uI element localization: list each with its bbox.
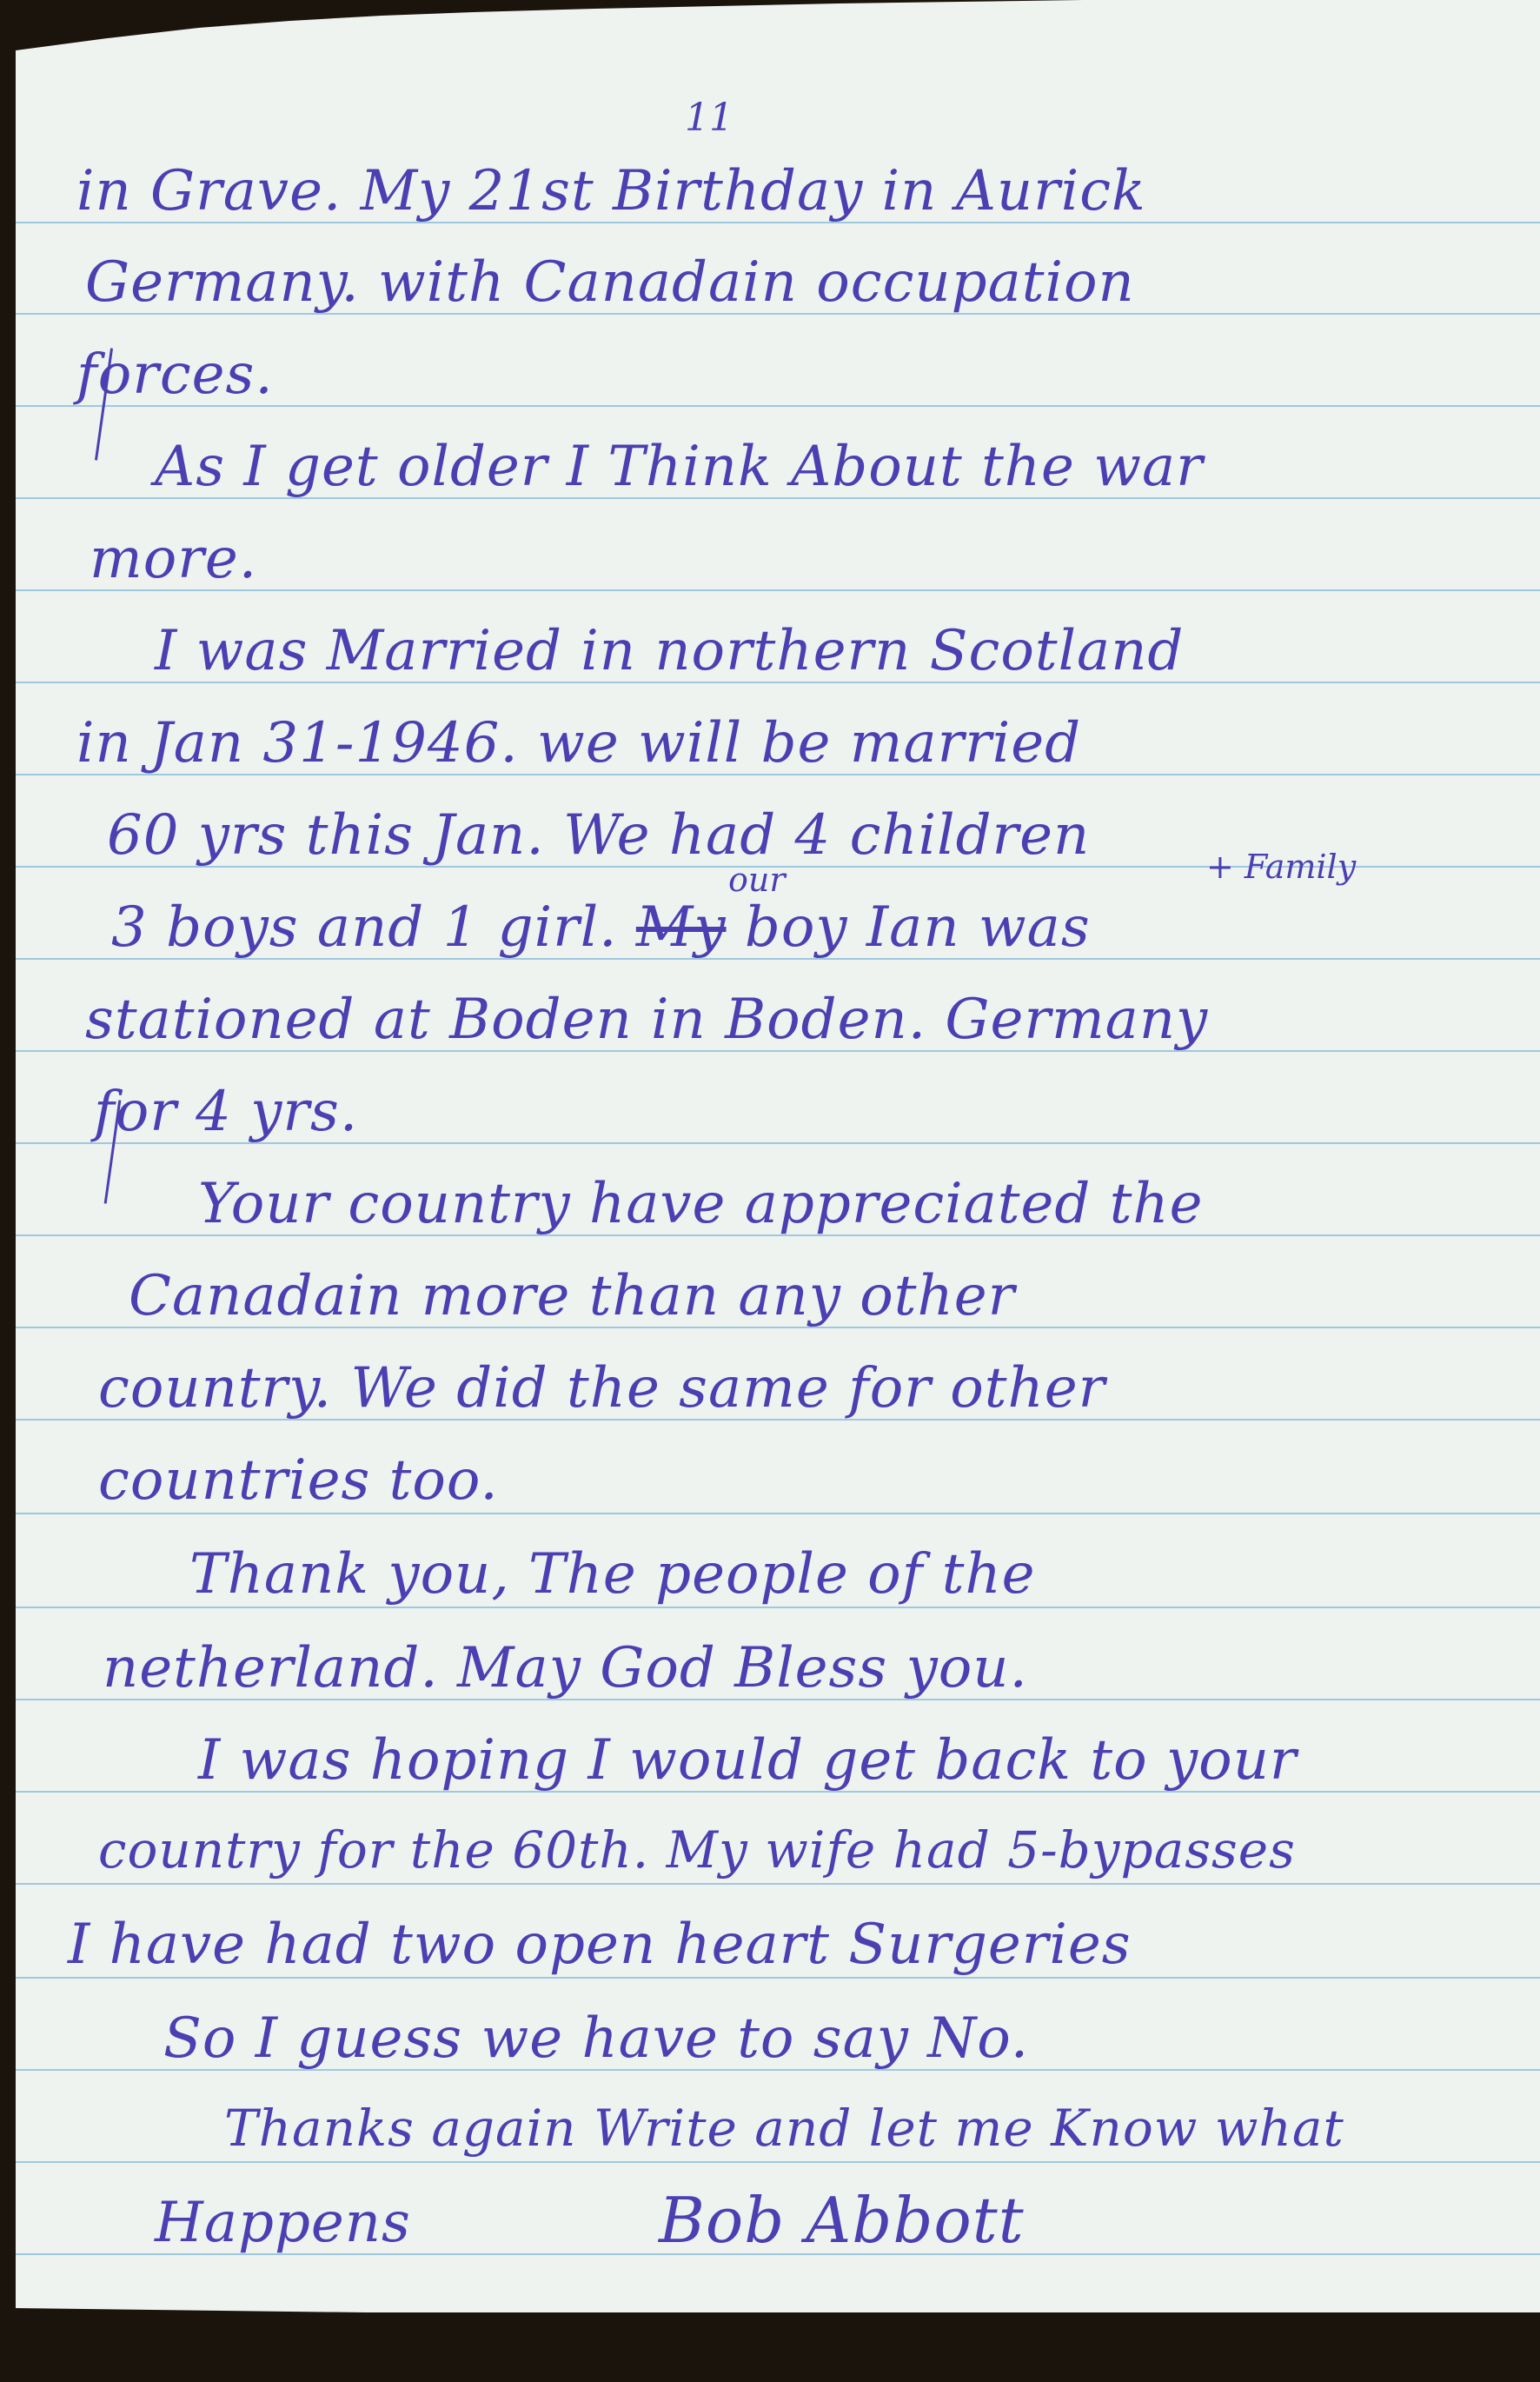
- signature: Bob Abbott: [659, 2184, 1025, 2257]
- struck-word: My: [636, 895, 727, 960]
- ruled-line: [16, 1607, 1540, 1608]
- letter-line-12: Your country have appreciated the: [198, 1172, 1204, 1236]
- letter-line-22: Thanks again Write and let me Know what: [224, 2099, 1344, 2158]
- letter-line-20: I have had two open heart Surgeries: [68, 1913, 1132, 1977]
- ruled-line: [16, 1883, 1540, 1885]
- letter-line-17: netherland. May God Bless you.: [103, 1636, 1028, 1700]
- letter-line-3: forces.: [76, 343, 274, 407]
- letter-line-13: Canadain more than any other: [129, 1264, 1015, 1328]
- letter-line-11: for 4 yrs.: [94, 1080, 358, 1144]
- letter-line-2: Germany. with Canadain occupation: [85, 250, 1135, 315]
- letter-line-10: stationed at Boden in Boden. Germany: [85, 988, 1208, 1052]
- ruled-line: [16, 1977, 1540, 1979]
- line-9-after: boy Ian was: [727, 895, 1091, 960]
- letter-line-9: 3 boys and 1 girl. My boy Ian was: [111, 895, 1091, 960]
- ruled-line: [16, 1513, 1540, 1514]
- letter-line-16: Thank you, The people of the: [189, 1542, 1036, 1607]
- letter-line-7: in Jan 31-1946. we will be married: [76, 711, 1081, 775]
- letter-line-4: As I get older I Think About the war: [155, 435, 1204, 499]
- letter-line-23: Happens: [155, 2191, 411, 2255]
- letter-line-19: country for the 60th. My wife had 5-bypa…: [98, 1820, 1296, 1880]
- page-number: 11: [685, 96, 733, 140]
- letter-line-18: I was hoping I would get back to your: [198, 1728, 1298, 1793]
- line-9-before: 3 boys and 1 girl.: [111, 895, 636, 960]
- letter-line-5: more.: [90, 527, 257, 591]
- letter-page: 11 in Grave. My 21st Birthday in Aurick …: [16, 0, 1540, 2312]
- insertion-our: our: [728, 861, 786, 899]
- letter-line-21: So I guess we have to say No.: [163, 2006, 1029, 2071]
- insertion-family: + Family: [1206, 848, 1356, 886]
- letter-line-6: I was Married in northern Scotland: [155, 619, 1184, 683]
- letter-line-8: 60 yrs this Jan. We had 4 children: [107, 803, 1090, 868]
- letter-line-15: countries too.: [98, 1448, 499, 1513]
- ruled-line: [16, 2161, 1540, 2163]
- letter-line-14: country. We did the same for other: [98, 1356, 1105, 1421]
- letter-line-1: in Grave. My 21st Birthday in Aurick: [76, 159, 1146, 223]
